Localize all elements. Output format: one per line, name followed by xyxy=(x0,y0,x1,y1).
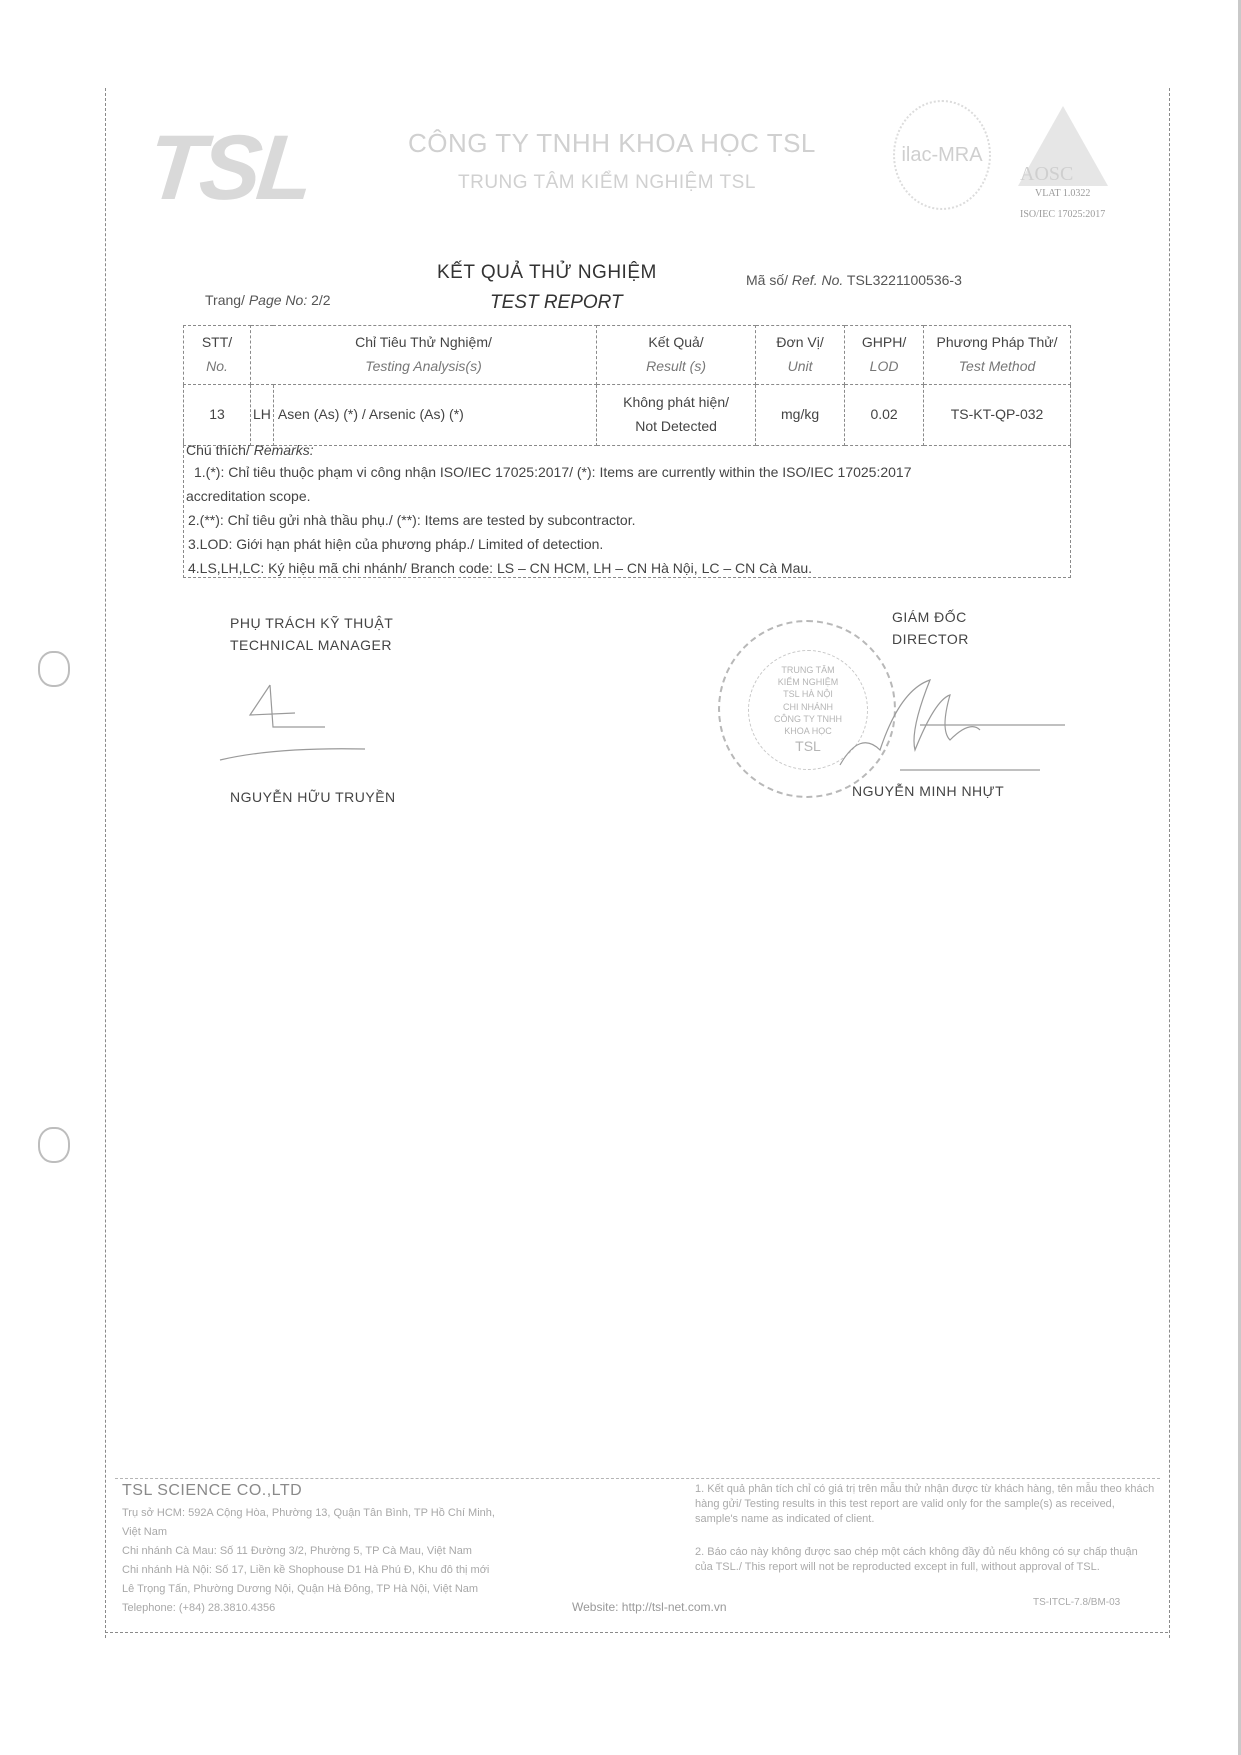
director-signature xyxy=(820,670,1070,780)
remark-line: 3.LOD: Giới hạn phát hiện của phương phá… xyxy=(188,536,603,552)
center-name: TRUNG TÂM KIỂM NGHIỆM TSL xyxy=(458,172,756,194)
footer-address-line: Việt Nam xyxy=(122,1526,167,1538)
footer-website: Website: http://tsl-net.com.vn xyxy=(572,1600,727,1614)
accreditation-standard: ISO/IEC 17025:2017 xyxy=(1020,209,1105,220)
remark-line: 1.(*): Chỉ tiêu thuộc phạm vi công nhận … xyxy=(194,464,912,480)
footer-notice: 1. Kết quả phân tích chỉ có giá trị trên… xyxy=(695,1482,1155,1527)
footer-address-line: Lê Trọng Tấn, Phường Dương Nội, Quận Hà … xyxy=(122,1583,478,1595)
footer-address-line: Trụ sở HCM: 592A Cộng Hòa, Phường 13, Qu… xyxy=(122,1507,495,1519)
footer-telephone: Telephone: (+84) 28.3810.4356 xyxy=(122,1602,275,1614)
header-method: Phương Pháp Thử/Test Method xyxy=(924,326,1071,385)
tsl-logo: TSL xyxy=(143,122,314,214)
form-code: TS-ITCL-7.8/BM-03 xyxy=(1033,1597,1120,1608)
reference-number: Mã số/ Ref. No. TSL3221100536-3 xyxy=(746,272,962,288)
footer-address-line: Chi nhánh Hà Nội: Số 17, Liền kề Shophou… xyxy=(122,1564,489,1576)
remark-line: accreditation scope. xyxy=(186,488,311,504)
aosc-logo-text: AOSC xyxy=(1020,163,1073,186)
cell-lod: 0.02 xyxy=(845,385,924,446)
report-title-vn: KẾT QUẢ THỬ NGHIỆM xyxy=(437,262,657,284)
accreditation-code: VLAT 1.0322 xyxy=(1035,188,1090,199)
cell-branch: LH xyxy=(251,385,274,446)
director-title: GIÁM ĐỐC DIRECTOR xyxy=(892,606,969,651)
cell-no: 13 xyxy=(184,385,251,446)
technical-manager-name: NGUYỄN HỮU TRUYỀN xyxy=(230,786,396,808)
technical-manager-signature xyxy=(215,675,415,765)
footer-divider xyxy=(115,1478,1160,1479)
footer-bottom-border xyxy=(105,1632,1168,1633)
footer-address-line: Chi nhánh Cà Mau: Số 11 Đường 3/2, Phườn… xyxy=(122,1545,472,1557)
results-table: STT/No. Chỉ Tiêu Thử Nghiệm/Testing Anal… xyxy=(183,325,1071,446)
remarks-heading: Chú thích/ Remarks: xyxy=(186,442,314,458)
footer-company-name: TSL SCIENCE CO.,LTD xyxy=(122,1482,302,1500)
page-number: Trang/ Page No: 2/2 xyxy=(205,292,331,308)
footer-notice: 2. Báo cáo này không được sao chép một c… xyxy=(695,1545,1155,1575)
remarks-section: Chú thích/ Remarks: 1.(*): Chỉ tiêu thuộ… xyxy=(183,440,1071,578)
binder-hole xyxy=(38,651,70,687)
cell-analysis: Asen (As) (*) / Arsenic (As) (*) xyxy=(273,385,596,446)
table-row: 13 LH Asen (As) (*) / Arsenic (As) (*) K… xyxy=(184,385,1071,446)
ilac-mra-logo: ilac-MRA xyxy=(893,100,991,210)
cell-unit: mg/kg xyxy=(756,385,845,446)
header-analysis: Chỉ Tiêu Thử Nghiệm/Testing Analysis(s) xyxy=(251,326,597,385)
table-header-row: STT/No. Chỉ Tiêu Thử Nghiệm/Testing Anal… xyxy=(184,326,1071,385)
binder-hole xyxy=(38,1127,70,1163)
page-frame xyxy=(105,88,1170,1638)
header-unit: Đơn Vị/Unit xyxy=(756,326,845,385)
cell-result: Không phát hiện/Not Detected xyxy=(597,385,756,446)
director-name: NGUYỄN MINH NHỰT xyxy=(852,780,1004,802)
header-result: Kết Quả/Result (s) xyxy=(597,326,756,385)
header-no: STT/No. xyxy=(184,326,251,385)
company-name: CÔNG TY TNHH KHOA HỌC TSL xyxy=(408,128,816,159)
header-lod: GHPH/LOD xyxy=(845,326,924,385)
report-title-en: TEST REPORT xyxy=(490,292,623,314)
technical-manager-title: PHỤ TRÁCH KỸ THUẬT TECHNICAL MANAGER xyxy=(230,612,393,657)
remark-line: 4.LS,LH,LC: Ký hiệu mã chi nhánh/ Branch… xyxy=(188,560,812,576)
cell-method: TS-KT-QP-032 xyxy=(924,385,1071,446)
remark-line: 2.(**): Chỉ tiêu gửi nhà thầu phụ./ (**)… xyxy=(188,512,636,528)
